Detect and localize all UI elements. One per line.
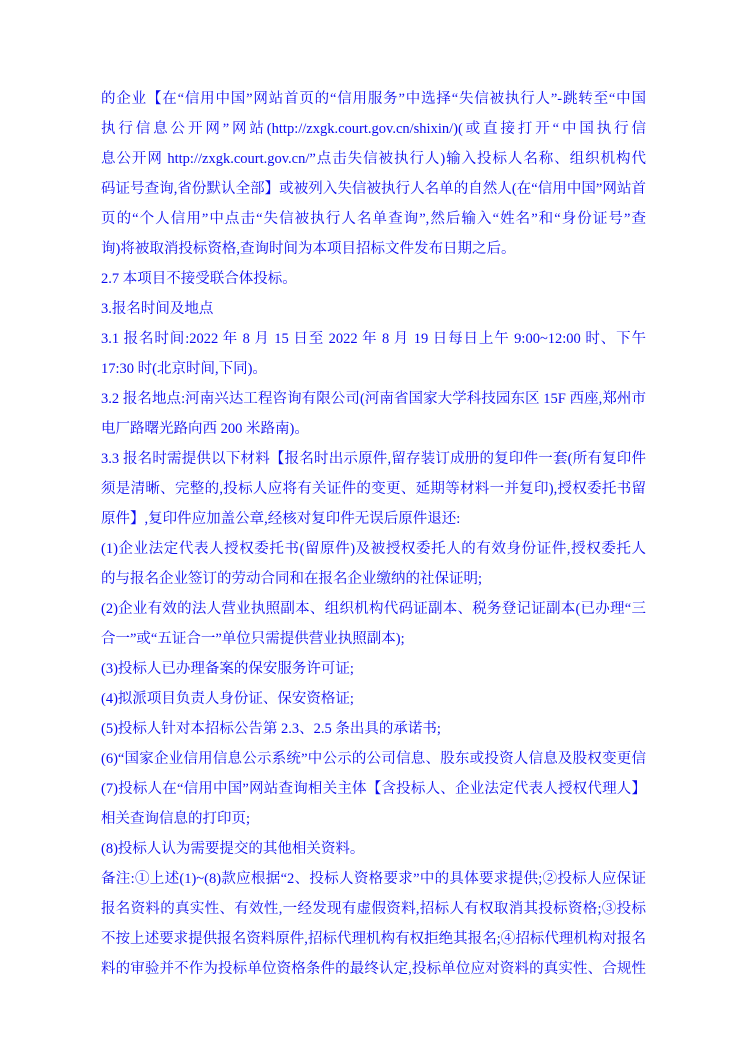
text-line: 须是清晰、完整的,投标人应将有关证件的变更、延期等材料一并复印),授权委托书留存 [101,474,646,504]
text-line: 息公开网 http://zxgk.court.gov.cn/”点击失信被执行人)… [101,144,646,174]
text-line: 2.7 本项目不接受联合体投标。 [101,264,646,294]
text-line: 料的审验并不作为投标单位资格条件的最终认定,投标单位应对资料的真实性、合规性负责… [101,954,646,984]
text-line: (4)拟派项目负责人身份证、保安资格证; [101,684,646,714]
text-line: 报名资料的真实性、有效性,一经发现有虚假资料,招标人有权取消其投标资格;③投标人… [101,894,646,924]
text-line: 3.3 报名时需提供以下材料【报名时出示原件,留存装订成册的复印件一套(所有复印… [101,444,646,474]
text-line: 的企业【在“信用中国”网站首页的“信用服务”中选择“失信被执行人”-跳转至“中国 [101,84,646,114]
text-line: 不按上述要求提供报名资料原件,招标代理机构有权拒绝其报名;④招标代理机构对报名资 [101,924,646,954]
text-line: 3.报名时间及地点 [101,294,646,324]
text-line: 码证号查询,省份默认全部】或被列入失信被执行人名单的自然人(在“信用中国”网站首 [101,174,646,204]
text-line: 备注:①上述(1)~(8)款应根据“2、投标人资格要求”中的具体要求提供;②投标… [101,864,646,894]
text-line: 执行信息公开网”网站(http://zxgk.court.gov.cn/shix… [101,114,646,144]
text-line: (6)“国家企业信用信息公示系统”中公示的公司信息、股东或投资人信息及股权变更信… [101,744,646,774]
text-line: 的与报名企业签订的劳动合同和在报名企业缴纳的社保证明; [101,564,646,594]
text-line: 原件】,复印件应加盖公章,经核对复印件无误后原件退还: [101,504,646,534]
document-body: 的企业【在“信用中国”网站首页的“信用服务”中选择“失信被执行人”-跳转至“中国… [101,84,646,984]
text-line: 电厂路曙光路向西 200 米路南)。 [101,414,646,444]
text-line: (5)投标人针对本招标公告第 2.3、2.5 条出具的承诺书; [101,714,646,744]
text-line: (1)企业法定代表人授权委托书(留原件)及被授权委托人的有效身份证件,授权委托人 [101,534,646,564]
text-line: 页的“个人信用”中点击“失信被执行人名单查询”,然后输入“姓名”和“身份证号”查 [101,204,646,234]
text-line: (8)投标人认为需要提交的其他相关资料。 [101,834,646,864]
text-line: 3.1 报名时间:2022 年 8 月 15 日至 2022 年 8 月 19 … [101,324,646,354]
text-line: 相关查询信息的打印页; [101,804,646,834]
text-line: 17:30 时(北京时间,下同)。 [101,354,646,384]
text-line: 合一”或“五证合一”单位只需提供营业执照副本); [101,624,646,654]
text-line: (2)企业有效的法人营业执照副本、组织机构代码证副本、税务登记证副本(已办理“三… [101,594,646,624]
text-line: 3.2 报名地点:河南兴达工程咨询有限公司(河南省国家大学科技园东区 15F 西… [101,384,646,414]
document-page: 的企业【在“信用中国”网站首页的“信用服务”中选择“失信被执行人”-跳转至“中国… [0,0,746,1060]
text-line: 询)将被取消投标资格,查询时间为本项目招标文件发布日期之后。 [101,234,646,264]
text-line: (7)投标人在“信用中国”网站查询相关主体【含投标人、企业法定代表人授权代理人】 [101,774,646,804]
text-line: (3)投标人已办理备案的保安服务许可证; [101,654,646,684]
